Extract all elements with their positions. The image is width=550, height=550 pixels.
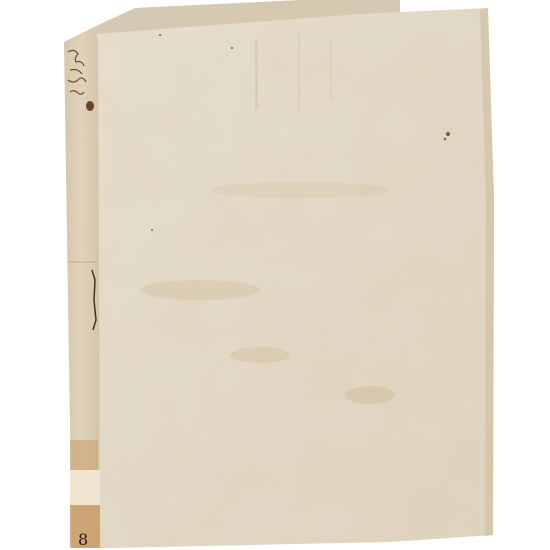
spine-label-number: 8 — [78, 530, 88, 549]
spine-label — [70, 470, 100, 506]
old-book-illustration: 8 — [0, 0, 550, 550]
photo-scene: 8 — [0, 0, 550, 550]
